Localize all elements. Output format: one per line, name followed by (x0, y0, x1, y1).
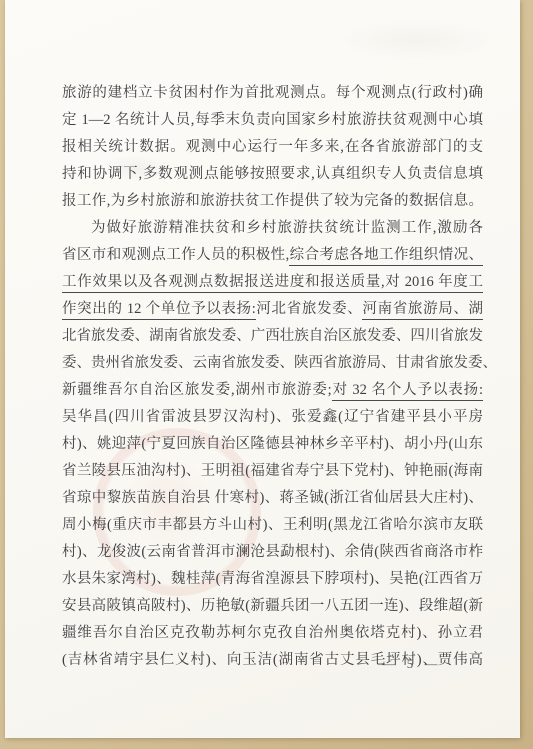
text-segment: 村)、姚迎萍(宁夏回族自治区隆德县神林乡辛平村)、胡小丹(山东 (62, 436, 483, 452)
text-line: 报相关统计数据。观测中心运行一年多来,在各省旅游部门的支 (62, 134, 483, 161)
text-segment: 报相关统计数据。观测中心运行一年多来,在各省旅游部门的支 (62, 139, 483, 155)
text-segment: 报工作,为乡村旅游和旅游扶贫工作提供了较为完备的数据信息。 (62, 193, 483, 209)
text-line: 工作效果以及各观测点数据报送进度和报送质量,对 2016 年度工 (62, 269, 483, 296)
text-line: 吴华昌(四川省雷波县罗汉沟村)、张爱鑫(辽宁省建平县小平房 (62, 404, 483, 431)
text-segment: 新疆维吾尔自治区旅发委,湖州市旅游委; (62, 382, 332, 398)
underlined-text: 综合考虑各地工作组织情况、 (289, 247, 483, 266)
text-segment: 省区市和观测点工作人员的积极性, (62, 247, 289, 263)
underlined-text: 工作效果以及各观测点数据报送进度和报送质量,对 2016 年度工 (62, 274, 483, 293)
document-text: 旅游的建档立卡贫困村作为首批观测点。每个观测点(行政村)确定 1—2 名统计人员… (62, 80, 483, 674)
text-line: 周小梅(重庆市丰都县方斗山村)、王利明(黑龙江省哈尔滨市友联 (62, 512, 483, 539)
text-segment: 持和协调下,多数观测点能够按照要求,认真组织专人负责信息填 (62, 166, 483, 182)
text-line: 省兰陵县压油沟村)、王明祖(福建省寿宁县下党村)、钟艳丽(海南 (62, 458, 483, 485)
text-segment: 河北省旅发委、 (256, 301, 363, 317)
text-segment: 为做好旅游精准扶贫和乡村旅游扶贫统计监测工作,激励各 (91, 220, 483, 236)
text-line: 水县朱家湾村)、魏桂萍(青海省湟源县下脖项村)、吴艳(江西省万 (62, 566, 483, 593)
underlined-text: 河南省旅游局、湖 (362, 301, 483, 320)
text-segment: 吴华昌(四川省雷波县罗汉沟村)、张爱鑫(辽宁省建平县小平房 (62, 409, 483, 425)
text-line: 作突出的 12 个单位予以表扬:河北省旅发委、河南省旅游局、湖 (62, 296, 483, 323)
text-line: 为做好旅游精准扶贫和乡村旅游扶贫统计监测工作,激励各 (62, 215, 483, 242)
page-number: — 5 — (367, 655, 457, 673)
text-segment: 安县高陂镇高陂村)、历艳敏(新疆兵团一八五团一连)、段维超(新 (62, 598, 483, 614)
scan-smudge (335, 20, 495, 60)
text-segment: 水县朱家湾村)、魏桂萍(青海省湟源县下脖项村)、吴艳(江西省万 (62, 571, 483, 587)
text-segment: 疆维吾尔自治区克孜勒苏柯尔克孜自治州奥依塔克村)、孙立君 (62, 625, 483, 641)
text-line: 省琼中黎族苗族自治县 什寒村)、蒋圣铖(浙江省仙居县大庄村)、 (62, 485, 483, 512)
text-line: 旅游的建档立卡贫困村作为首批观测点。每个观测点(行政村)确 (62, 80, 483, 107)
text-segment: 村)、龙俊波(云南省普洱市澜沧县勐根村)、余倩(陕西省商洛市柞 (62, 544, 483, 560)
text-line: 委、贵州省旅发委、云南省旅发委、陕西省旅游局、甘肃省旅发委、 (62, 350, 483, 377)
text-segment: 委、贵州省旅发委、云南省旅发委、陕西省旅游局、甘肃省旅发委、 (62, 355, 497, 371)
text-segment: 省兰陵县压油沟村)、王明祖(福建省寿宁县下党村)、钟艳丽(海南 (62, 463, 483, 479)
text-line: 持和协调下,多数观测点能够按照要求,认真组织专人负责信息填 (62, 161, 483, 188)
text-line: 省区市和观测点工作人员的积极性,综合考虑各地工作组织情况、 (62, 242, 483, 269)
text-line: 报工作,为乡村旅游和旅游扶贫工作提供了较为完备的数据信息。 (62, 188, 483, 215)
underlined-text: 作突出的 12 个单位予以表扬: (62, 301, 256, 320)
scan-background: 旅游的建档立卡贫困村作为首批观测点。每个观测点(行政村)确定 1—2 名统计人员… (0, 0, 533, 749)
text-line: 疆维吾尔自治区克孜勒苏柯尔克孜自治州奥依塔克村)、孙立君 (62, 620, 483, 647)
document-page: 旅游的建档立卡贫困村作为首批观测点。每个观测点(行政村)确定 1—2 名统计人员… (5, 0, 520, 738)
text-segment: 定 1—2 名统计人员,每季末负责向国家乡村旅游扶贫观测中心填 (62, 112, 483, 128)
text-line: 新疆维吾尔自治区旅发委,湖州市旅游委;对 32 名个人予以表扬: (62, 377, 483, 404)
text-line: 村)、姚迎萍(宁夏回族自治区隆德县神林乡辛平村)、胡小丹(山东 (62, 431, 483, 458)
text-line: 村)、龙俊波(云南省普洱市澜沧县勐根村)、余倩(陕西省商洛市柞 (62, 539, 483, 566)
text-line: 北省旅发委、湖南省旅发委、广西壮族自治区旅发委、四川省旅发 (62, 323, 483, 350)
underlined-text: 对 32 名个人予以表扬: (332, 382, 483, 401)
text-segment: 省琼中黎族苗族自治县 什寒村)、蒋圣铖(浙江省仙居县大庄村)、 (62, 490, 483, 506)
text-segment: 北省旅发委、湖南省旅发委、广西壮族自治区旅发委、四川省旅发 (62, 328, 483, 344)
text-segment: 周小梅(重庆市丰都县方斗山村)、王利明(黑龙江省哈尔滨市友联 (62, 517, 483, 533)
text-segment: 旅游的建档立卡贫困村作为首批观测点。每个观测点(行政村)确 (62, 85, 483, 101)
text-line: 安县高陂镇高陂村)、历艳敏(新疆兵团一八五团一连)、段维超(新 (62, 593, 483, 620)
text-line: 定 1—2 名统计人员,每季末负责向国家乡村旅游扶贫观测中心填 (62, 107, 483, 134)
